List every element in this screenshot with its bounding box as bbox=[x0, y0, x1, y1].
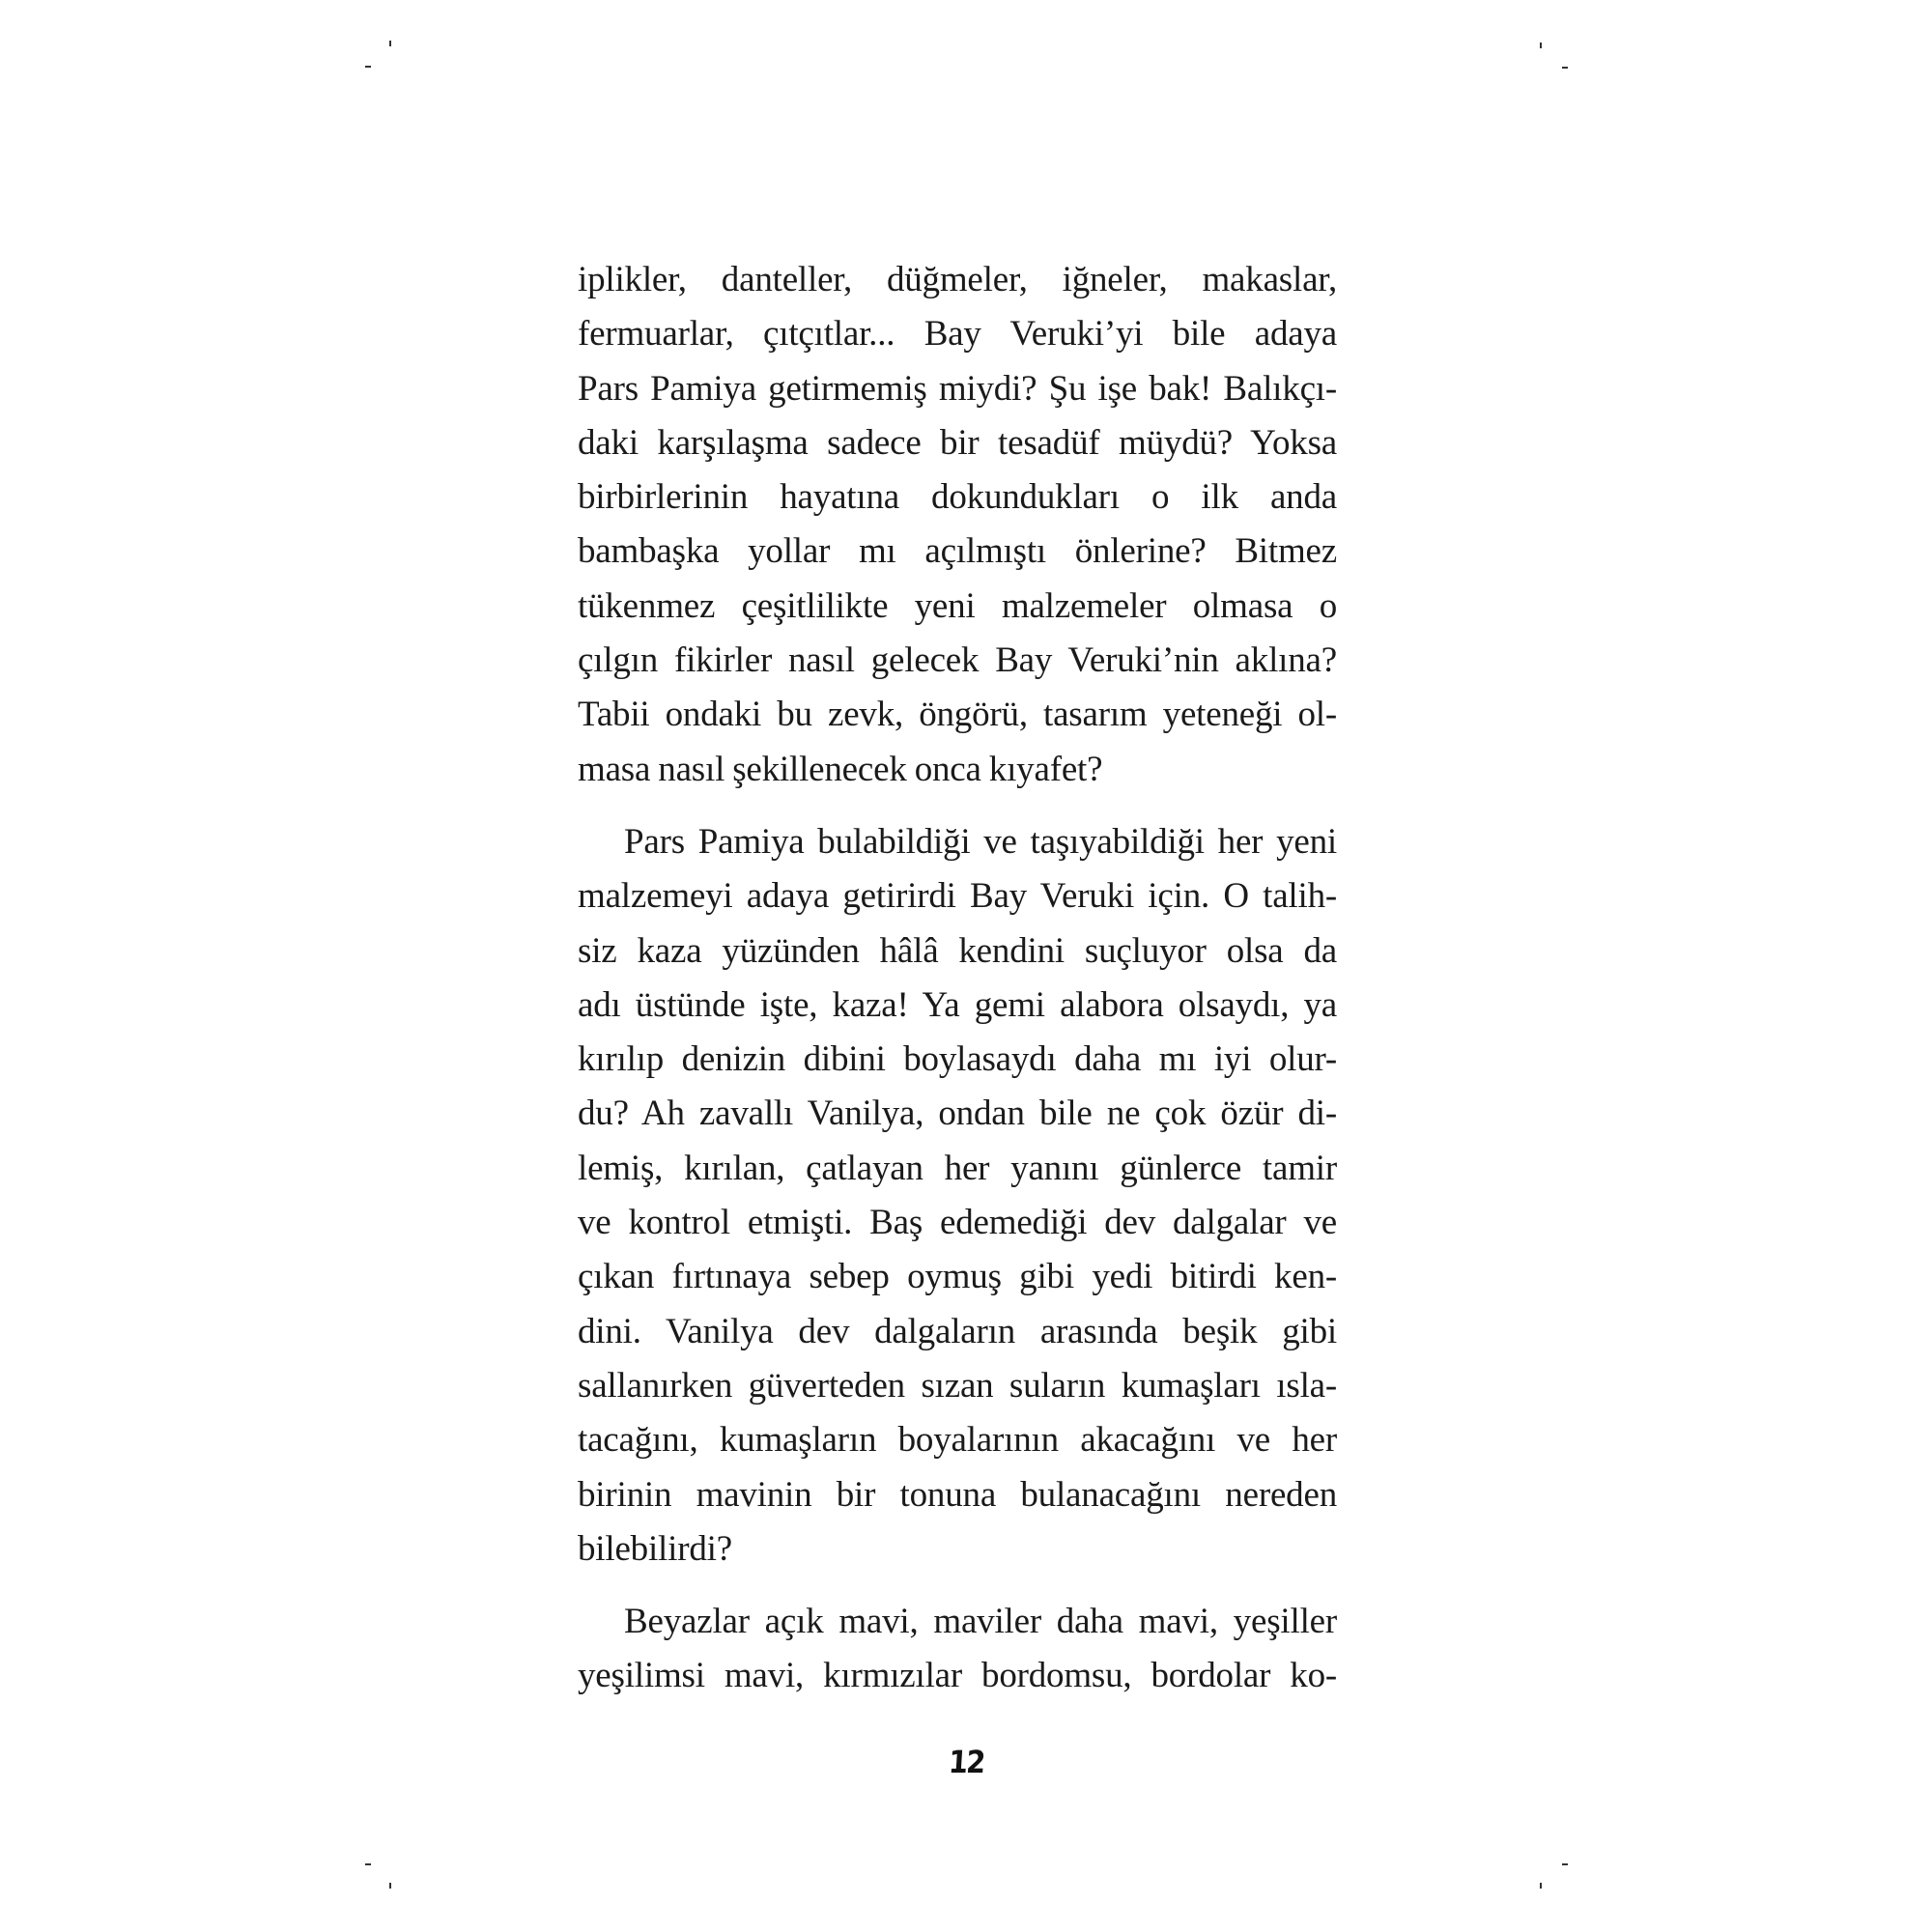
crop-mark-bottom-left-vertical bbox=[389, 1883, 391, 1889]
text-line: bilebilirdi? bbox=[578, 1522, 1337, 1577]
text-line: dini. Vanilya dev dalgaların arasında be… bbox=[578, 1305, 1337, 1359]
crop-mark-bottom-left-horizontal bbox=[365, 1863, 371, 1865]
text-line: siz kaza yüzünden hâlâ kendini suçluyor … bbox=[578, 924, 1337, 979]
crop-mark-top-right-vertical bbox=[1540, 43, 1542, 48]
text-line: adı üstünde işte, kaza! Ya gemi alabora … bbox=[578, 979, 1337, 1033]
text-line: Beyazlar açık mavi, maviler daha mavi, y… bbox=[578, 1595, 1337, 1649]
text-line: lemiş, kırılan, çatlayan her yanını günl… bbox=[578, 1142, 1337, 1196]
text-line: masa nasıl şekillenecek onca kıyafet? bbox=[578, 743, 1337, 797]
text-line: Tabii ondaki bu zevk, öngörü, tasarım ye… bbox=[578, 688, 1337, 742]
crop-mark-bottom-right-vertical bbox=[1540, 1883, 1542, 1889]
text-line: birinin mavinin bir tonuna bulanacağını … bbox=[578, 1468, 1337, 1522]
text-line: sallanırken güverteden sızan suların kum… bbox=[578, 1359, 1337, 1413]
body-text: iplikler, danteller, düğmeler, iğneler, … bbox=[578, 253, 1337, 1704]
text-line: daki karşılaşma sadece bir tesadüf müydü… bbox=[578, 416, 1337, 470]
text-line: malzemeyi adaya getirirdi Bay Veruki içi… bbox=[578, 869, 1337, 923]
text-line: fermuarlar, çıtçıtlar... Bay Veruki’yi b… bbox=[578, 307, 1337, 361]
text-line: çıkan fırtınaya sebep oymuş gibi yedi bi… bbox=[578, 1250, 1337, 1304]
text-line: yeşilimsi mavi, kırmızılar bordomsu, bor… bbox=[578, 1649, 1337, 1703]
page-number: 12 bbox=[0, 1745, 1932, 1779]
text-line: du? Ah zavallı Vanilya, ondan bile ne ço… bbox=[578, 1087, 1337, 1141]
crop-mark-top-left-vertical bbox=[389, 41, 391, 46]
page-number-text: 12 bbox=[948, 1745, 985, 1779]
paragraph-1: iplikler, danteller, düğmeler, iğneler, … bbox=[578, 253, 1337, 797]
text-line: tükenmez çeşitlilikte yeni malzemeler ol… bbox=[578, 580, 1337, 634]
text-line: tacağını, kumaşların boyalarının akacağı… bbox=[578, 1413, 1337, 1467]
paragraph-2: Pars Pamiya bulabildiği ve taşıyabildiği… bbox=[578, 815, 1337, 1577]
text-line: Pars Pamiya bulabildiği ve taşıyabildiği… bbox=[578, 815, 1337, 869]
paragraph-3: Beyazlar açık mavi, maviler daha mavi, y… bbox=[578, 1595, 1337, 1704]
text-line: iplikler, danteller, düğmeler, iğneler, … bbox=[578, 253, 1337, 307]
text-line: kırılıp denizin dibini boylasaydı daha m… bbox=[578, 1033, 1337, 1087]
crop-mark-top-right-horizontal bbox=[1562, 67, 1568, 69]
crop-mark-top-left-horizontal bbox=[365, 66, 371, 68]
text-line: Pars Pamiya getirmemiş miydi? Şu işe bak… bbox=[578, 362, 1337, 416]
text-line: çılgın fikirler nasıl gelecek Bay Veruki… bbox=[578, 634, 1337, 688]
text-line: birbirlerinin hayatına dokundukları o il… bbox=[578, 470, 1337, 525]
text-line: ve kontrol etmişti. Baş edemediği dev da… bbox=[578, 1196, 1337, 1250]
text-line: bambaşka yollar mı açılmıştı önlerine? B… bbox=[578, 525, 1337, 579]
book-page: iplikler, danteller, düğmeler, iğneler, … bbox=[0, 0, 1932, 1932]
crop-mark-bottom-right-horizontal bbox=[1562, 1863, 1568, 1865]
